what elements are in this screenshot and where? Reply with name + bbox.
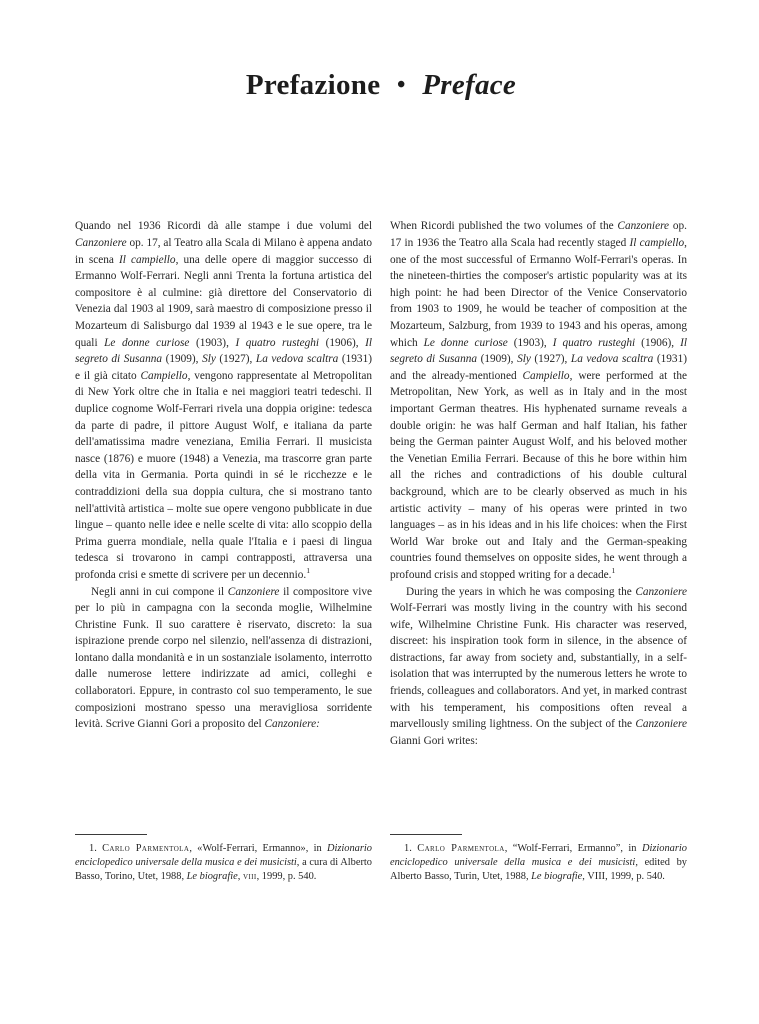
paragraph-italian-1: Quando nel 1936 Ricordi dà alle stampe i… [75,218,372,583]
book-page: Prefazione • Preface Quando nel 1936 Ric… [0,0,759,1024]
title-separator-dot: • [397,73,406,98]
footnote-rule [75,834,147,835]
footnote-english: 1. Carlo Parmentola, “Wolf-Ferrari, Erma… [390,842,687,885]
title-italian: Prefazione [246,69,381,101]
footnote-block-italian: 1. Carlo Parmentola, «Wolf-Ferrari, Erma… [75,828,372,955]
two-column-text: Quando nel 1936 Ricordi dà alle stampe i… [75,218,687,954]
footnote-italian: 1. Carlo Parmentola, «Wolf-Ferrari, Erma… [75,842,372,885]
paragraph-english-1: When Ricordi published the two volumes o… [390,218,687,583]
footnote-block-english: 1. Carlo Parmentola, “Wolf-Ferrari, Erma… [390,828,687,955]
paragraph-italian-2: Negli anni in cui compone il Canzoniere … [75,584,372,733]
page-title: Prefazione • Preface [75,70,687,100]
column-italian: Quando nel 1936 Ricordi dà alle stampe i… [75,218,372,954]
footnote-rule [390,834,462,835]
title-english: Preface [422,69,516,101]
column-english: When Ricordi published the two volumes o… [390,218,687,954]
paragraph-english-2: During the years in which he was composi… [390,584,687,750]
